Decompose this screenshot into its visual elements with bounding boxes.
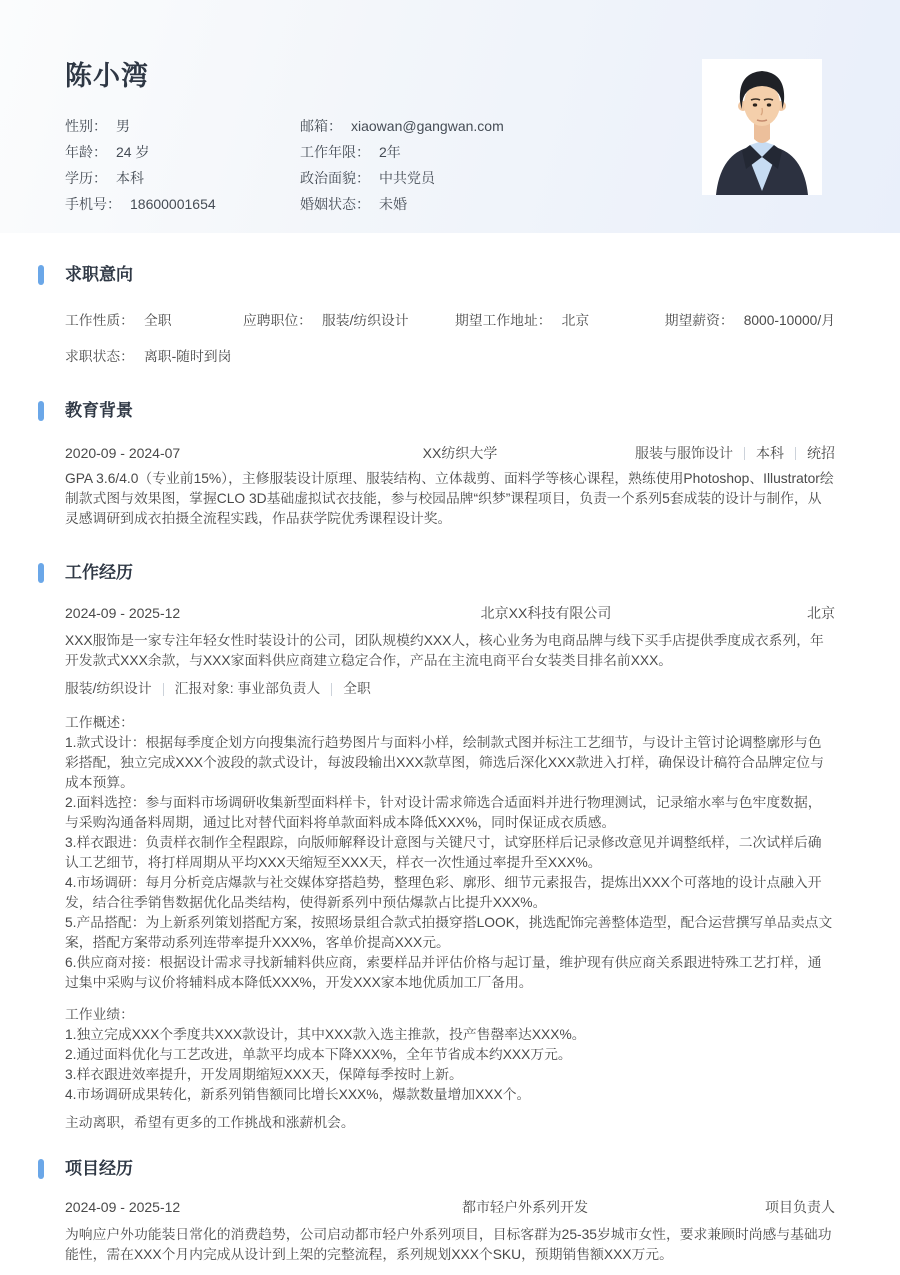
- field-expected-salary: 期望薪资：8000-10000/月: [665, 311, 835, 331]
- info-marital-status: 婚姻状态：未婚: [300, 194, 700, 214]
- info-experience-years: 工作年限：2年: [300, 142, 700, 162]
- work-achievements-list: 工作业绩： 1.独立完成XXX个季度共XXX款设计，其中XXX款入选主推款，投产…: [65, 1005, 835, 1105]
- accent-bar: [38, 1159, 44, 1179]
- section-title-text: 工作经历: [65, 563, 133, 582]
- field-label: 工作性质：: [65, 313, 134, 328]
- intent-row-2: 求职状态：离职-随时到岗: [65, 347, 835, 367]
- field-label: 期望薪资：: [665, 313, 734, 328]
- work-overview-item: 4.市场调研：每月分析竞店爆款与社交媒体穿搭趋势，整理色彩、廓形、细节元素报告，…: [65, 873, 835, 913]
- work-company: 北京XX科技有限公司: [285, 603, 807, 623]
- field-job-status: 求职状态：离职-随时到岗: [65, 347, 231, 367]
- info-value: 男: [116, 118, 130, 134]
- work-achievement-item: 3.样衣跟进效率提升，开发周期缩短XXX天，保障每季按时上新。: [65, 1065, 835, 1085]
- project-description: 为响应户外功能装日常化的消费趋势，公司启动都市轻户外系列项目，目标客群为25-3…: [65, 1225, 835, 1265]
- info-label: 性别：: [65, 118, 107, 134]
- work-overview-label: 工作概述：: [65, 713, 835, 733]
- field-value: 全职: [144, 313, 172, 328]
- info-value: 2年: [379, 144, 401, 160]
- education-school: XX纺织大学: [285, 443, 635, 463]
- work-meta-row: 2024-09 - 2025-12 北京XX科技有限公司 北京: [65, 603, 835, 623]
- work-tag-type: 全职: [343, 679, 371, 699]
- work-tags-row: 服装/纺织设计 汇报对象: 事业部负责人 全职: [65, 679, 835, 699]
- section-title-work: 工作经历: [65, 561, 835, 585]
- info-value: 本科: [116, 170, 144, 186]
- work-achievement-item: 2.通过面料优化与工艺改进，单款平均成本下降XXX%，全年节省成本约XXX万元。: [65, 1045, 835, 1065]
- work-period: 2024-09 - 2025-12: [65, 603, 285, 623]
- info-gender: 性别：男: [65, 116, 300, 136]
- resume-body: 求职意向 工作性质：全职 应聘职位：服装/纺织设计 期望工作地址：北京 期望薪资…: [0, 263, 900, 1265]
- info-label: 学历：: [65, 170, 107, 186]
- education-degree: 本科: [756, 443, 784, 463]
- profile-photo: [702, 59, 822, 195]
- divider: [331, 683, 332, 696]
- company-intro: XXX服饰是一家专注年轻女性时装设计的公司，团队规模约XXX人，核心业务为电商品…: [65, 631, 835, 671]
- work-overview-item: 3.样衣跟进：负责样衣制作全程跟踪，向版师解释设计意图与关键尺寸，试穿胚样后记录…: [65, 833, 835, 873]
- field-value: 8000-10000/月: [744, 313, 835, 328]
- accent-bar: [38, 401, 44, 421]
- field-target-position: 应聘职位：服装/纺织设计: [243, 311, 455, 331]
- section-title-text: 项目经历: [65, 1159, 133, 1178]
- section-title-job-intent: 求职意向: [65, 263, 835, 287]
- field-label: 应聘职位：: [243, 313, 312, 328]
- education-meta-row: 2020-09 - 2024-07 XX纺织大学 服装与服饰设计 本科 统招: [65, 443, 835, 463]
- work-overview-list: 工作概述： 1.款式设计：根据每季度企划方向搜集流行趋势图片与面料小样，绘制款式…: [65, 713, 835, 993]
- info-value: 24 岁: [116, 144, 149, 160]
- work-location: 北京: [807, 603, 835, 623]
- work-overview-item: 2.面料选控：参与面料市场调研收集新型面料样卡，针对设计需求筛选合适面料并进行物…: [65, 793, 835, 833]
- project-meta-row: 2024-09 - 2025-12 都市轻户外系列开发 项目负责人: [65, 1197, 835, 1217]
- work-achievement-item: 1.独立完成XXX个季度共XXX款设计，其中XXX款入选主推款，投产售罄率达XX…: [65, 1025, 835, 1045]
- info-label: 工作年限：: [300, 144, 370, 160]
- section-title-text: 教育背景: [65, 401, 133, 420]
- accent-bar: [38, 563, 44, 583]
- info-value: 中共党员: [379, 170, 435, 186]
- info-label: 邮箱：: [300, 118, 342, 134]
- work-overview-item: 6.供应商对接：根据设计需求寻找新辅料供应商，索要样品并评估价格与起订量，维护现…: [65, 953, 835, 993]
- info-political-status: 政治面貌：中共党员: [300, 168, 700, 188]
- work-tag-position: 服装/纺织设计: [65, 679, 152, 699]
- section-title-project: 项目经历: [65, 1157, 835, 1181]
- divider: [744, 447, 745, 460]
- info-label: 婚姻状态：: [300, 196, 370, 212]
- education-period: 2020-09 - 2024-07: [65, 443, 285, 463]
- section-project-experience: 项目经历 2024-09 - 2025-12 都市轻户外系列开发 项目负责人 为…: [65, 1157, 835, 1265]
- work-achievements-label: 工作业绩：: [65, 1005, 835, 1025]
- info-value: 未婚: [379, 196, 407, 212]
- project-role: 项目负责人: [765, 1197, 835, 1217]
- education-major: 服装与服饰设计: [635, 443, 733, 463]
- accent-bar: [38, 265, 44, 285]
- field-value: 服装/纺织设计: [322, 313, 409, 328]
- intent-row-1: 工作性质：全职 应聘职位：服装/纺织设计 期望工作地址：北京 期望薪资：8000…: [65, 311, 835, 331]
- info-label: 政治面貌：: [300, 170, 370, 186]
- section-job-intent: 求职意向 工作性质：全职 应聘职位：服装/纺织设计 期望工作地址：北京 期望薪资…: [65, 263, 835, 367]
- field-target-location: 期望工作地址：北京: [455, 311, 660, 331]
- section-title-education: 教育背景: [65, 399, 835, 423]
- field-label: 求职状态：: [65, 349, 134, 364]
- education-admission: 统招: [807, 443, 835, 463]
- work-overview-item: 1.款式设计：根据每季度企划方向搜集流行趋势图片与面料小样，绘制款式图并标注工艺…: [65, 733, 835, 793]
- divider: [795, 447, 796, 460]
- work-overview-item: 5.产品搭配：为上新系列策划搭配方案，按照场景组合款式拍摄穿搭LOOK，挑选配饰…: [65, 913, 835, 953]
- project-name: 都市轻户外系列开发: [285, 1197, 765, 1217]
- section-education: 教育背景 2020-09 - 2024-07 XX纺织大学 服装与服饰设计 本科…: [65, 399, 835, 529]
- info-value: 18600001654: [130, 196, 216, 212]
- field-value: 离职-随时到岗: [144, 349, 231, 364]
- field-label: 期望工作地址：: [455, 313, 552, 328]
- field-value: 北京: [562, 313, 590, 328]
- leave-reason: 主动离职，希望有更多的工作挑战和涨薪机会。: [65, 1113, 835, 1133]
- info-phone: 手机号：18600001654: [65, 194, 300, 214]
- section-work-experience: 工作经历 2024-09 - 2025-12 北京XX科技有限公司 北京 XXX…: [65, 561, 835, 1133]
- info-age: 年龄：24 岁: [65, 142, 300, 162]
- work-achievement-item: 4.市场调研成果转化，新系列销售额同比增长XXX%，爆款数量增加XXX个。: [65, 1085, 835, 1105]
- field-work-type: 工作性质：全职: [65, 311, 243, 331]
- info-label: 手机号：: [65, 196, 121, 212]
- resume-header: 陈小湾 性别：男 邮箱：xiaowan@gangwan.com 年龄：24 岁 …: [0, 0, 900, 233]
- education-description: GPA 3.6/4.0（专业前15%），主修服装设计原理、服装结构、立体裁剪、面…: [65, 469, 835, 529]
- project-period: 2024-09 - 2025-12: [65, 1197, 285, 1217]
- info-label: 年龄：: [65, 144, 107, 160]
- divider: [163, 683, 164, 696]
- info-email: 邮箱：xiaowan@gangwan.com: [300, 116, 700, 136]
- education-meta: 服装与服饰设计 本科 统招: [635, 443, 835, 463]
- section-title-text: 求职意向: [65, 265, 133, 284]
- info-value: xiaowan@gangwan.com: [351, 118, 504, 134]
- work-tag-report-to: 汇报对象: 事业部负责人: [175, 679, 321, 699]
- info-education: 学历：本科: [65, 168, 300, 188]
